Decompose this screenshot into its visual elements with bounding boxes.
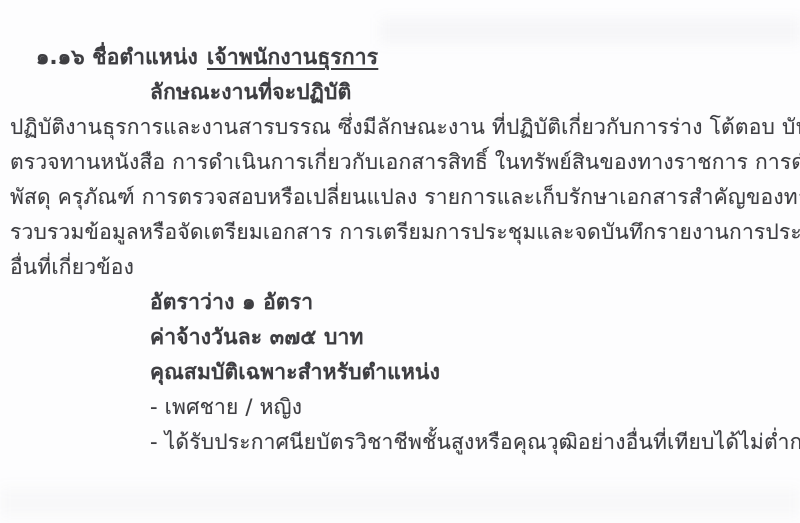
wage-line: ค่าจ้างวันละ ๓๗๕ บาท <box>150 320 800 355</box>
scan-noise-artifact <box>0 488 800 518</box>
job-description-line: อื่นที่เกี่ยวข้อง <box>10 250 800 285</box>
position-title: เจ้าพนักงานธุรการ <box>207 45 378 69</box>
scanned-document-page: ๑.๑๖ ชื่อตำแหน่งเจ้าพนักงานธุรการ ลักษณะ… <box>0 0 800 523</box>
position-heading: ๑.๑๖ ชื่อตำแหน่งเจ้าพนักงานธุรการ <box>36 40 800 75</box>
job-description-line: รวบรวมข้อมูลหรือจัดเตรียมเอกสาร การเตรีย… <box>10 215 800 250</box>
vacancy-line: อัตราว่าง ๑ อัตรา <box>150 285 800 320</box>
qualification-item: - เพศชาย / หญิง <box>150 390 800 425</box>
announcement-body: ๑.๑๖ ชื่อตำแหน่งเจ้าพนักงานธุรการ ลักษณะ… <box>0 40 800 460</box>
job-description-line: ปฏิบัติงานธุรการและงานสารบรรณ ซึ่งมีลักษ… <box>10 110 800 145</box>
job-description-line: พัสดุ ครุภัณฑ์ การตรวจสอบหรือเปลี่ยนแปลง… <box>10 180 800 215</box>
qualification-item: - ได้รับประกาศนียบัตรวิชาชีพชั้นสูงหรือค… <box>150 425 800 460</box>
section-title-job-description: ลักษณะงานที่จะปฏิบัติ <box>150 75 800 110</box>
job-description-line: ตรวจทานหนังสือ การดำเนินการเกี่ยวกับเอกส… <box>10 145 800 180</box>
qualifications-title: คุณสมบัติเฉพาะสำหรับตำแหน่ง <box>150 355 800 390</box>
position-heading-prefix: ๑.๑๖ ชื่อตำแหน่ง <box>36 45 198 69</box>
